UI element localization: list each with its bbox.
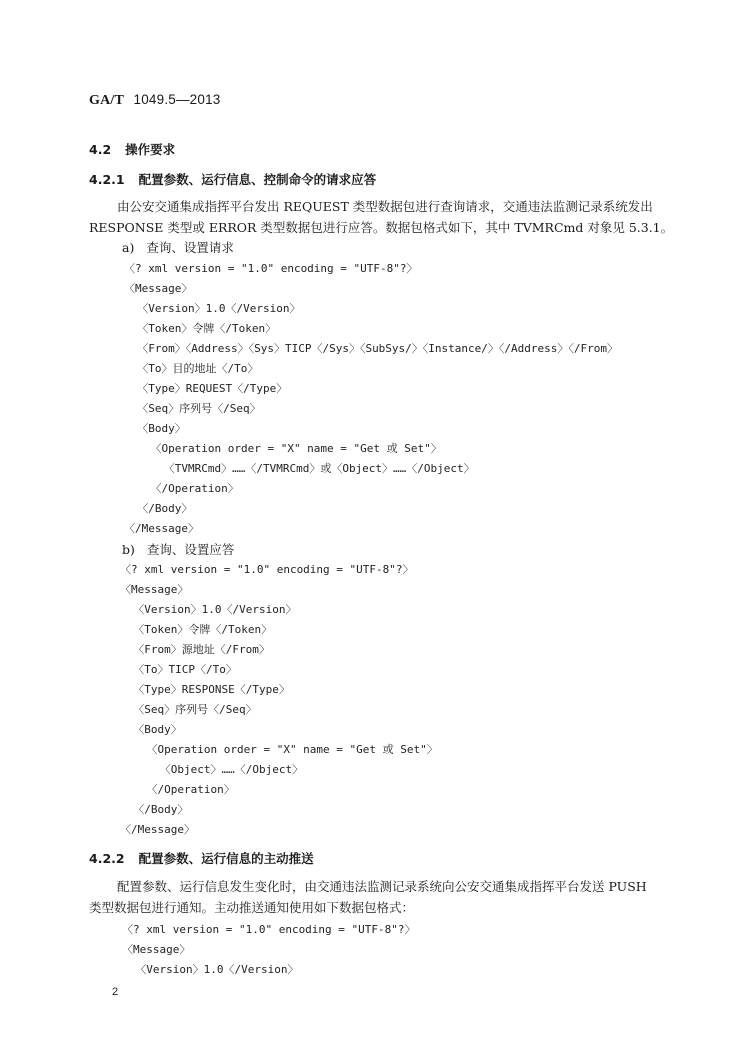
section-title: 配置参数、运行信息、控制命令的请求应答: [139, 172, 377, 187]
page-number: 2: [112, 986, 118, 998]
list-item-b-label: b)查询、设置应答: [122, 540, 234, 558]
section-number: 4.2.1: [89, 172, 125, 187]
section-heading-4-2-2: 4.2.2配置参数、运行信息的主动推送: [89, 849, 314, 867]
code-line: 〈Operation order = "X" name = "Get 或 Set…: [124, 440, 442, 456]
list-title: 查询、设置应答: [147, 542, 235, 557]
list-item-a-label: a)查询、设置请求: [122, 238, 234, 256]
code-line: 〈Seq〉序列号〈/Seq〉: [120, 701, 257, 717]
code-line: 〈Type〉RESPONSE〈/Type〉: [120, 681, 290, 697]
standard-code-header: GA/T 1049.5—2013: [89, 92, 221, 109]
code-line: 〈Body〉: [120, 721, 182, 737]
code-line: 〈? xml version = "1.0" encoding = "UTF-8…: [122, 921, 416, 937]
code-line: 〈Token〉令牌〈/Token〉: [124, 320, 276, 336]
code-line: 〈Seq〉序列号〈/Seq〉: [124, 400, 261, 416]
code-line: 〈/Operation〉: [120, 781, 235, 797]
code-line: 〈Version〉1.0〈/Version〉: [124, 300, 300, 316]
paragraph-line: 类型数据包进行通知。主动推送通知使用如下数据包格式：: [89, 897, 414, 918]
code-line: 〈Version〉1.0〈/Version〉: [120, 601, 296, 617]
code-line: 〈Version〉1.0〈/Version〉: [122, 961, 298, 977]
code-line: 〈Type〉REQUEST〈/Type〉: [124, 380, 287, 396]
paragraph-line: 由公安交通集成指挥平台发出 REQUEST 类型数据包进行查询请求，交通违法监测…: [117, 196, 653, 217]
list-title: 查询、设置请求: [146, 240, 234, 255]
code-line: 〈Token〉令牌〈/Token〉: [120, 621, 272, 637]
code-line: 〈From〉源地址〈/From〉: [120, 641, 270, 657]
code-line: 〈? xml version = "1.0" encoding = "UTF-8…: [124, 260, 418, 276]
paragraph-line: RESPONSE 类型或 ERROR 类型数据包进行应答。数据包格式如下，其中 …: [89, 217, 673, 238]
code-line: 〈TVMRCmd〉……〈/TVMRCmd〉或〈Object〉……〈/Object…: [124, 460, 475, 476]
code-line: 〈/Body〉: [124, 500, 192, 516]
code-line: 〈Message〉: [124, 280, 192, 296]
code-line: 〈Object〉……〈/Object〉: [120, 761, 303, 777]
code-line: 〈/Operation〉: [124, 480, 239, 496]
code-line: 〈To〉TICP〈/To〉: [120, 661, 237, 677]
section-number: 4.2.2: [89, 851, 125, 866]
paragraph-line: 配置参数、运行信息发生变化时，由交通违法监测记录系统向公安交通集成指挥平台发送 …: [117, 876, 647, 897]
section-heading-4-2: 4.2操作要求: [89, 140, 175, 158]
section-title: 配置参数、运行信息的主动推送: [139, 851, 314, 866]
code-line: 〈? xml version = "1.0" encoding = "UTF-8…: [120, 561, 414, 577]
code-line: 〈/Body〉: [120, 801, 188, 817]
code-line: 〈/Message〉: [124, 520, 199, 536]
code-line: 〈To〉目的地址〈/To〉: [124, 360, 258, 376]
code-line: 〈Body〉: [124, 420, 186, 436]
section-title: 操作要求: [125, 142, 175, 157]
standard-prefix: GA/T: [89, 93, 124, 108]
list-marker: a): [122, 240, 134, 255]
code-line: 〈From〉〈Address〉〈Sys〉TICP〈/Sys〉〈SubSys/〉〈…: [124, 340, 618, 356]
code-line: 〈/Message〉: [120, 821, 195, 837]
list-marker: b): [122, 542, 135, 557]
code-line: 〈Message〉: [120, 581, 188, 597]
section-number: 4.2: [89, 142, 111, 157]
code-line: 〈Operation order = "X" name = "Get 或 Set…: [120, 741, 438, 757]
document-page: GA/T 1049.5—2013 4.2操作要求 4.2.1配置参数、运行信息、…: [0, 0, 750, 1060]
standard-number: 1049.5—2013: [133, 92, 220, 107]
code-line: 〈Message〉: [122, 941, 190, 957]
section-heading-4-2-1: 4.2.1配置参数、运行信息、控制命令的请求应答: [89, 170, 376, 188]
